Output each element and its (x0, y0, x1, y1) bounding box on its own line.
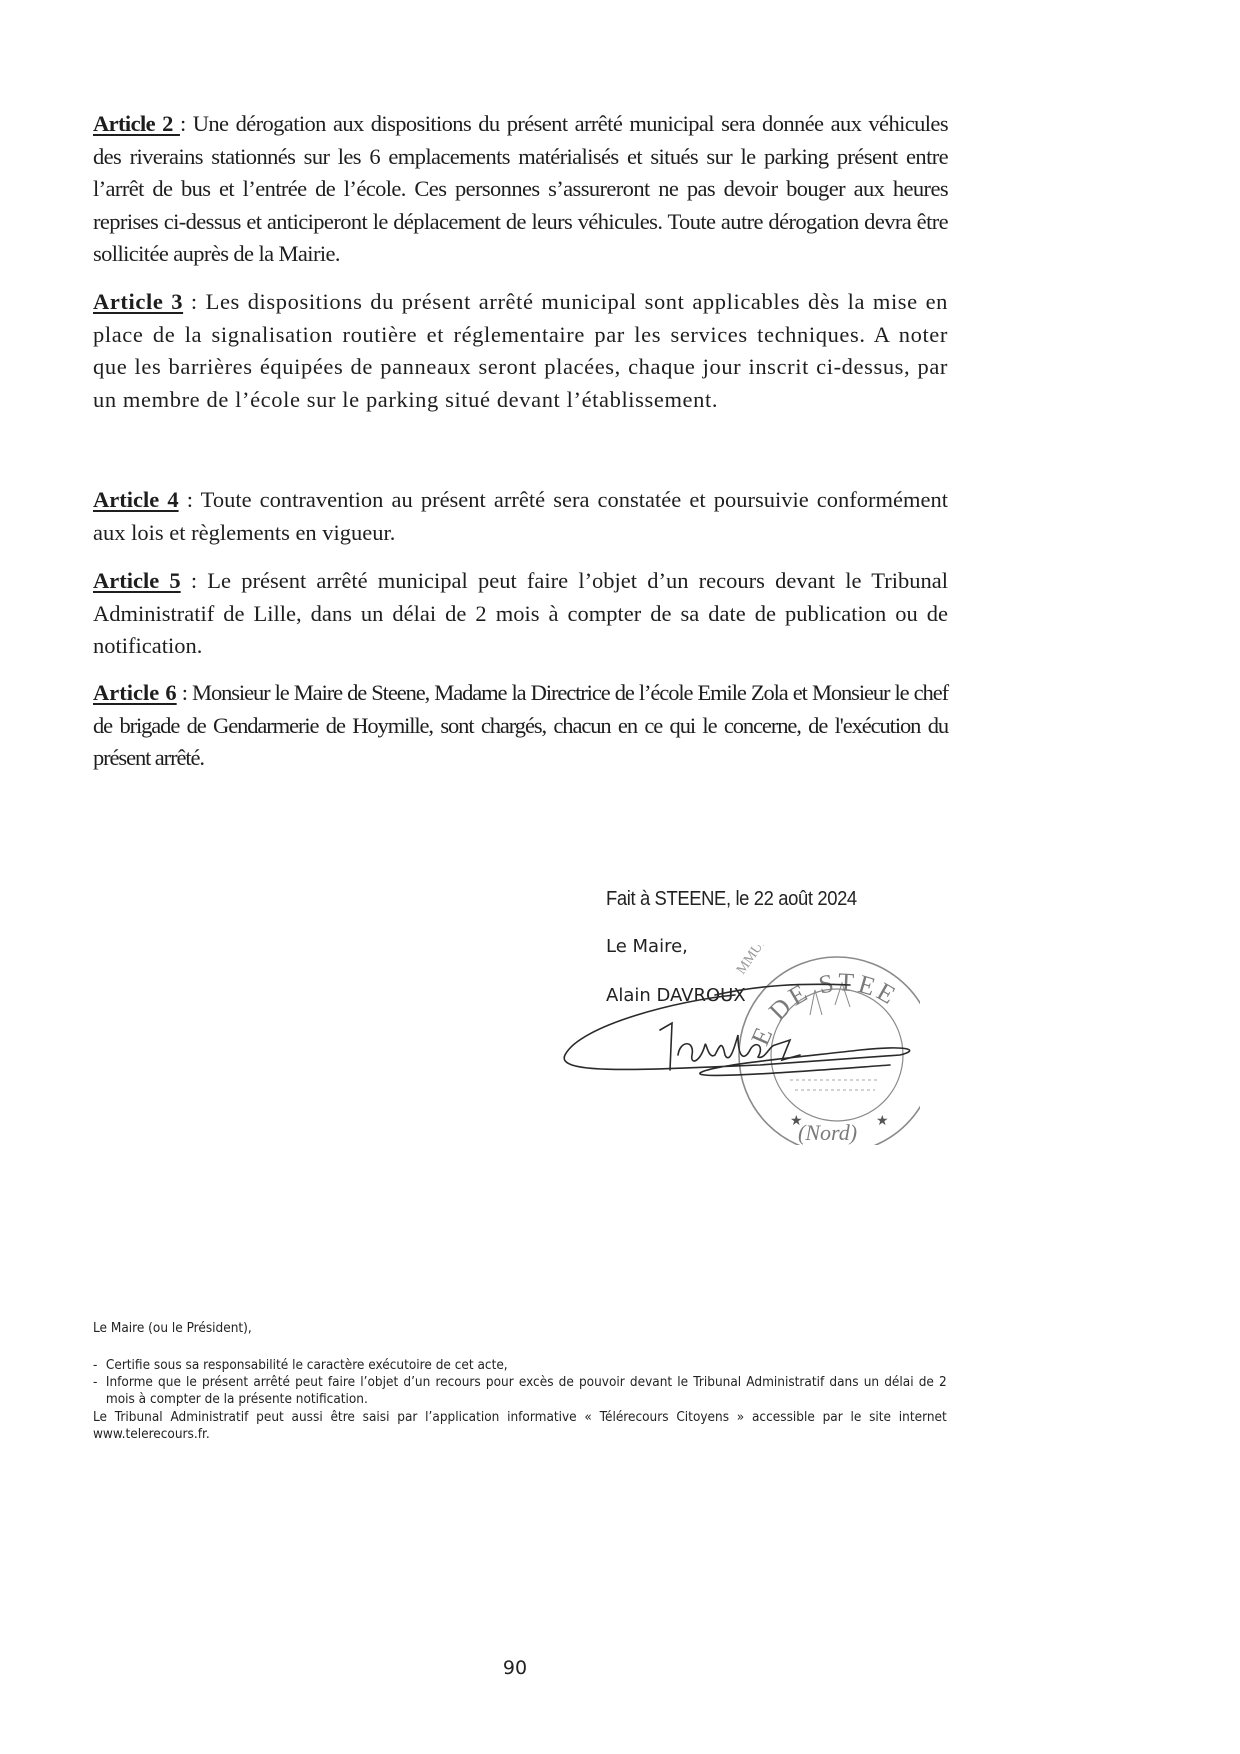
stamp-top-text: E DE STEE (745, 967, 902, 1049)
article-2-text: : Une dérogation aux dispositions du pré… (93, 111, 948, 266)
svg-text:★: ★ (876, 1114, 889, 1129)
article-5-text: : Le présent arrêté municipal peut faire… (93, 568, 948, 658)
article-2: Article 2 : Une dérogation aux dispositi… (93, 108, 948, 271)
handwritten-signature-icon (564, 984, 909, 1075)
svg-text:★: ★ (790, 1114, 803, 1129)
page-number: 90 (0, 1657, 1030, 1679)
footer-item: -Informe que le présent arrêté peut fair… (93, 1374, 947, 1408)
article-6: Article 6 : Monsieur le Maire de Steene,… (93, 677, 948, 775)
footer-certification: -Certifie sous sa responsabilité le cara… (93, 1357, 947, 1443)
article-4-text: : Toute contravention au présent arrêté … (93, 487, 948, 545)
signature-place-date: Fait à STEENE, le 22 août 2024 (606, 888, 857, 911)
article-5: Article 5 : Le présent arrêté municipal … (93, 565, 948, 663)
article-5-label: Article 5 (93, 568, 181, 593)
footer-heading: Le Maire (ou le Président), (93, 1320, 880, 1337)
article-2-label: Article 2 (93, 111, 180, 136)
article-3: Article 3 : Les dispositions du présent … (93, 286, 948, 416)
footer-note: Le Tribunal Administratif peut aussi êtr… (93, 1409, 947, 1443)
document-page: Article 2 : Une dérogation aux dispositi… (0, 0, 1240, 1754)
article-6-label: Article 6 (93, 680, 177, 705)
article-6-text: : Monsieur le Maire de Steene, Madame la… (93, 680, 948, 770)
svg-text:E DE STEE: E DE STEE (745, 967, 902, 1049)
article-4-label: Article 4 (93, 487, 179, 512)
article-3-text: : Les dispositions du présent arrêté mun… (93, 289, 948, 412)
footer-item: -Certifie sous sa responsabilité le cara… (93, 1357, 947, 1374)
stamp-bottom-text: (Nord) (798, 1120, 857, 1145)
article-3-label: Article 3 (93, 289, 183, 314)
svg-text:MMUN: MMUN (734, 945, 772, 977)
official-stamp-and-signature: E DE STEE MMUN (Nord) ★ ★ (560, 945, 920, 1145)
article-4: Article 4 : Toute contravention au prése… (93, 484, 948, 549)
